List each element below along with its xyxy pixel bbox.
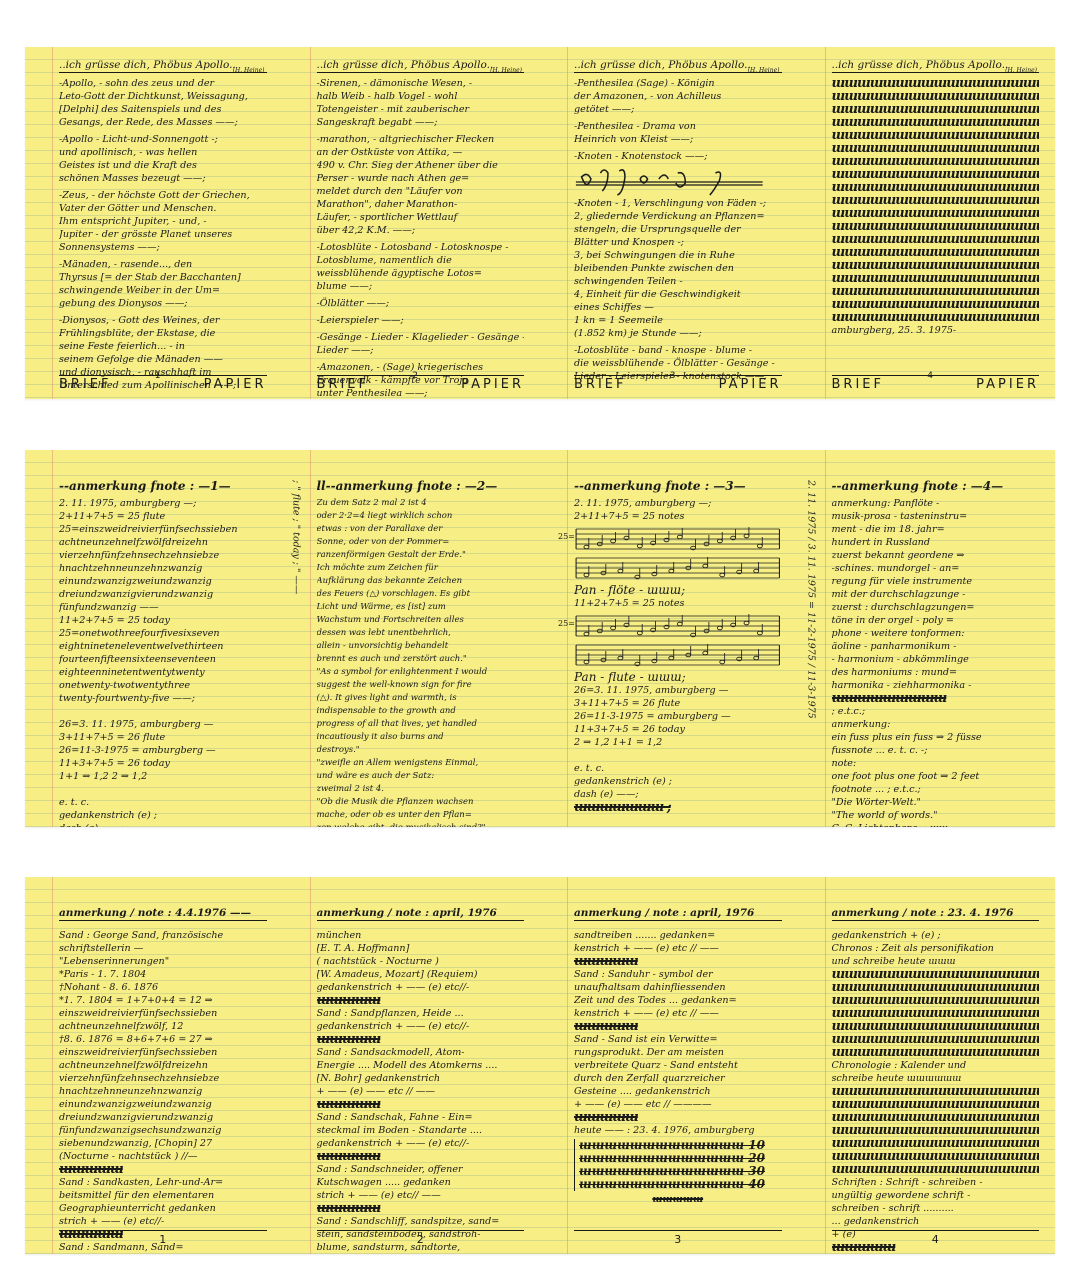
- handwritten-line: -Amazonen, - (Sage) kriegerisches: [317, 361, 525, 374]
- loop-row: ɯɯɯɯɯɯɯɯɯɯɯɯɯɯɯɯɯɯɯ: [832, 155, 1040, 168]
- handwritten-line: 26=3. 11. 1975, amburgberg —: [59, 718, 267, 731]
- handwritten-line: Läufer, - sportlicher Wettlauf: [317, 211, 525, 224]
- handwritten-line: 2. 11. 1975, amburgberg —;: [574, 497, 782, 510]
- entry: -marathon, - altgriechischer Fleckenan d…: [317, 133, 525, 237]
- handwritten-line: Sand : Sandschneider, offener: [317, 1163, 525, 1176]
- page-heading: --anmerkung fnote : —4—: [832, 480, 1040, 493]
- handwritten-line: stengeln, die Ursprungsquelle der: [574, 223, 782, 236]
- loop-row: ɯɯɯɯɯɯɯɯɯɯɯɯɯɯɯɯɯɯɯ: [832, 77, 1040, 90]
- loop-row: ɯɯɯɯɯɯɯɯɯɯɯɯɯɯɯɯɯ: [832, 1111, 1040, 1124]
- handwritten-line: note:: [832, 757, 1040, 770]
- music-staff-2: [574, 555, 782, 581]
- entry: -Penthesilea - Drama vonHeinrich von Kle…: [574, 120, 782, 146]
- handwritten-line: Geistes ist und die Kraft des: [59, 159, 267, 172]
- handwritten-line: Frühlingsblüte, der Ekstase, die: [59, 327, 267, 340]
- handwritten-line: -Lotosblüte - Lotosband - Lotosknospe -: [317, 241, 525, 254]
- handwritten-line: und wäre es auch der Satz:: [317, 770, 525, 783]
- brief-papier-footer: BRIEF 1 PAPIER: [59, 375, 267, 391]
- handwritten-line: Sand : Sandkasten, Lehr-und-Ar=: [59, 1176, 267, 1189]
- page-number-footer: 1: [59, 1230, 267, 1246]
- counted-loops-block: ɯɯɯɯɯɯɯɯɯɯɯɯɯ 10ɯɯɯɯɯɯɯɯɯɯɯɯɯ 20ɯɯɯɯɯɯɯɯ…: [574, 1139, 782, 1191]
- handwritten-line: schwingende Weiber in der Um=: [59, 284, 267, 297]
- handwritten-line: Marathon", daher Marathon-: [317, 198, 525, 211]
- staff-label: 25=: [558, 617, 575, 630]
- crossed-loops: ɯɯɯɯɯ: [574, 1193, 782, 1206]
- handwritten-line: 2. 11. 1975, amburgberg —;: [59, 497, 267, 510]
- heading-signature: (H. Heine): [748, 64, 780, 73]
- handwritten-line: der Amazonen, - von Achilleus: [574, 90, 782, 103]
- handwritten-line: "Ob die Musik die Pflanzen wachsen: [317, 796, 525, 809]
- handwritten-line: Ich möchte zum Zeichen für: [317, 562, 525, 575]
- loop-row: ɯɯɯɯɯɯɯɯɯɯɯɯɯɯɯɯɯ: [832, 968, 1040, 981]
- handwritten-line: dash (e) ——;: [59, 822, 267, 827]
- handwritten-line: schönen Masses bezeugt ——;: [59, 172, 267, 185]
- handwritten-line: dash (e) ——;: [574, 788, 782, 801]
- handwritten-line: zuerst : durchschlagzungen=: [832, 601, 1040, 614]
- handwritten-line: meldet durch den "Läufer von: [317, 185, 525, 198]
- brief-papier-footer: BRIEF 2 PAPIER: [317, 375, 525, 391]
- letter-page-2: ..ich grüsse dich, Phöbus Apollo.. (H. H…: [283, 47, 541, 399]
- handwritten-line: -Knoten - Knotenstock ——;: [574, 150, 782, 163]
- handwritten-line: "As a symbol for enlightenment I would: [317, 666, 525, 679]
- handwritten-line: 2 ⇒ 1,2 1+1 = 1,2: [574, 736, 782, 749]
- handwritten-line: Vater der Götter und Menschen.: [59, 202, 267, 215]
- handwritten-line: Sangeskraft begabt ——;: [317, 116, 525, 129]
- loop-row: ɯɯɯɯɯɯɯɯɯɯɯɯɯɯɯɯɯɯɯ: [832, 103, 1040, 116]
- handwritten-line: ɯɯɯɯɯ: [317, 1033, 525, 1046]
- handwritten-line: suggest the well-known sign for fire: [317, 679, 525, 692]
- brief-papier-footer: BRIEF 3 PAPIER: [574, 375, 782, 391]
- loop-row: ɯɯɯɯɯɯɯɯɯɯɯɯɯɯɯɯɯ: [832, 994, 1040, 1007]
- handwritten-line: halb Weib - halb Vogel - wohl: [317, 90, 525, 103]
- handwritten-line: ɯɯɯɯɯ: [574, 1020, 782, 1033]
- handwritten-line: + —— (e) —— etc // ——: [317, 1085, 525, 1098]
- loop-row: ɯɯɯɯɯɯɯɯɯɯɯɯɯɯɯɯɯɯɯ: [832, 298, 1040, 311]
- loop-row: ɯɯɯɯɯɯɯɯɯɯɯɯɯɯɯɯɯ: [832, 1124, 1040, 1137]
- handwritten-line: onetwenty-twotwentythree: [59, 679, 267, 692]
- loop-row: ɯɯɯɯɯɯɯɯɯɯɯɯɯɯɯɯɯ: [832, 1163, 1040, 1176]
- handwritten-line: einundzwanzigzweiundzwanzig: [59, 575, 267, 588]
- loop-row: ɯɯɯɯɯɯɯɯɯɯɯɯɯɯɯɯɯ: [832, 1020, 1040, 1033]
- note1976-page-2: anmerkung / note : april, 1976 münchen[E…: [283, 877, 541, 1254]
- handwritten-line: -Dionysos, - Gott des Weines, der: [59, 314, 267, 327]
- handwritten-line: ɯɯɯɯɯ: [59, 1163, 267, 1176]
- handwritten-line: -Leierspieler ——;: [317, 314, 525, 327]
- letter-strip-anmerkung-fnote: --anmerkung fnote : —1— 2. 11. 1975, amb…: [25, 450, 1055, 827]
- loop-writing-block: ɯɯɯɯɯɯɯɯɯɯɯɯɯɯɯɯɯɯɯɯɯɯɯɯɯɯɯɯɯɯɯɯɯɯɯɯɯɯɯɯ…: [832, 77, 1040, 324]
- handwritten-line: "Lebenserinnerungen": [59, 955, 267, 968]
- handwritten-line: destroys.": [317, 744, 525, 757]
- handwritten-line: Sand : Sandschak, Fahne - Ein=: [317, 1111, 525, 1124]
- handwritten-line: sandtreiben ....... gedanken=: [574, 929, 782, 942]
- handwritten-line: Zeit und des Todes ... gedanken=: [574, 994, 782, 1007]
- footer-left: BRIEF: [317, 378, 369, 391]
- handwritten-line: achtneunzehnelfzwölfdreizehn: [59, 536, 267, 549]
- handwritten-line: eightnineteneleventwelvethirteen: [59, 640, 267, 653]
- handwritten-line: einszweidreivierfünfsechssieben: [59, 1007, 267, 1020]
- handwritten-line: Totengeister - mit zauberischer: [317, 103, 525, 116]
- handwritten-line: seine Feste feierlich... - in: [59, 340, 267, 353]
- handwritten-line: Sand - Sand ist ein Verwitte=: [574, 1033, 782, 1046]
- handwritten-line: twenty-fourtwenty-five ——;: [59, 692, 267, 705]
- loop-row: ɯɯɯɯɯɯɯɯɯɯɯɯɯɯɯɯɯɯɯ: [832, 207, 1040, 220]
- handwritten-line: 11+2+7+5 = 25 today: [59, 614, 267, 627]
- line-list: sandtreiben ....... gedanken=kenstrich +…: [574, 929, 782, 1137]
- handwritten-line: 26=3. 11. 1975, amburgberg —: [574, 684, 782, 697]
- page-number: 4: [932, 1233, 939, 1246]
- handwritten-line: durch den Zerfall quarzreicher: [574, 1072, 782, 1085]
- handwritten-line: Blätter und Knospen -;: [574, 236, 782, 249]
- handwritten-line: einundzwanzigzweiundzwanzig: [59, 1098, 267, 1111]
- heading-text: ..ich grüsse dich, Phöbus Apollo..: [574, 59, 751, 71]
- handwritten-line: verbreitete Quarz - Sand entsteht: [574, 1059, 782, 1072]
- line-list: 26=3. 11. 1975, amburgberg —3+11+7+5 = 2…: [574, 684, 782, 814]
- page-number: 1: [155, 370, 161, 383]
- music-staff-3: 25=: [574, 613, 782, 639]
- handwritten-line: Zu dem Satz 2 mal 2 ist 4: [317, 497, 525, 510]
- handwritten-line: Sonnensystems ——;: [59, 241, 267, 254]
- handwritten-line: mit der durchschlagzunge -: [832, 588, 1040, 601]
- brief-papier-footer: BRIEF 4 PAPIER: [832, 375, 1040, 391]
- letter-strip-brief-papier: ..ich grüsse dich, Phöbus Apollo.. (H. H…: [25, 47, 1055, 399]
- page-number: 3: [670, 370, 676, 383]
- entry-list: -Sirenen, - dämonische Wesen, -halb Weib…: [317, 77, 525, 399]
- handwritten-line: dreiundzwanzigvierundzwanzig: [59, 1111, 267, 1124]
- letter-page-3: ..ich grüsse dich, Phöbus Apollo.. (H. H…: [540, 47, 798, 399]
- handwritten-line: schreiben - schrift ..........: [832, 1202, 1040, 1215]
- handwritten-line: [Delphi] des Saitenspiels und des: [59, 103, 267, 116]
- handwritten-line: e. t. c.: [574, 762, 782, 775]
- handwritten-line: [E. T. A. Hoffmann]: [317, 942, 525, 955]
- handwritten-line: progress of all that lives, yet handled: [317, 718, 525, 731]
- note-page-2: ; " flute ; " today ; " —— ll--anmerkung…: [283, 450, 541, 827]
- entry: -Knoten - Knotenstock ——;: [574, 150, 782, 163]
- entry-list: -Penthesilea (Sage) - Königinder Amazone…: [574, 77, 782, 163]
- handwritten-line: und schreibe heute ɯɯɯ: [832, 955, 1040, 968]
- music-staff-1: 25=: [574, 526, 782, 552]
- entry: -Lotosblüte - Lotosband - Lotosknospe -L…: [317, 241, 525, 293]
- handwritten-line: Heinrich von Kleist ——;: [574, 133, 782, 146]
- page-heading: anmerkung / note : 4.4.1976 ——: [59, 907, 267, 921]
- staff-label: 25=: [558, 530, 575, 543]
- entry-list: -Knoten - 1, Verschlingung von Fäden -;2…: [574, 197, 782, 383]
- handwritten-line: hnachtzehnneunzehnzwanzig: [59, 562, 267, 575]
- handwritten-line: gedankenstrich (e) ;: [574, 775, 782, 788]
- page-heading: --anmerkung fnote : —3—: [574, 480, 782, 493]
- handwritten-line: kenstrich + —— (e) etc // ——: [574, 942, 782, 955]
- handwritten-line: heute —— : 23. 4. 1976, amburgberg: [574, 1124, 782, 1137]
- handwritten-line: bleibenden Punkte zwischen den: [574, 262, 782, 275]
- handwritten-line: 4, Einheit für die Geschwindigkeit: [574, 288, 782, 301]
- handwritten-line: Wachstum und Fortschreiten alles: [317, 614, 525, 627]
- handwritten-line: Aufklärung das bekannte Zeichen: [317, 575, 525, 588]
- loop-row: ɯɯɯɯɯɯɯɯɯɯɯɯɯɯɯɯɯɯɯ: [832, 285, 1040, 298]
- handwritten-line: mache, oder ob es unter den Pflan=: [317, 809, 525, 822]
- handwritten-line: seinem Gefolge die Mänaden ——: [59, 353, 267, 366]
- handwritten-line: rungsprodukt. Der am meisten: [574, 1046, 782, 1059]
- handwritten-line: brennt es auch und zerstört auch.": [317, 653, 525, 666]
- handwritten-line: footnote ... ; e.t.c.;: [832, 783, 1040, 796]
- handwritten-line: Ihm entspricht Jupiter, - und, -: [59, 215, 267, 228]
- handwritten-line: ɯɯɯɯɯ: [574, 1111, 782, 1124]
- handwritten-line: Sand : Sandschliff, sandspitze, sand=: [317, 1215, 525, 1228]
- handwritten-line: Leto-Gott der Dichtkunst, Weissagung,: [59, 90, 267, 103]
- handwritten-line: ɯɯɯɯɯ: [317, 1202, 525, 1215]
- knot-symbols-icon: [574, 167, 782, 197]
- line-list: 2. 11. 1975, amburgberg —;2+11+7+5 = 25 …: [574, 497, 782, 523]
- handwritten-line: -Lotosblüte - band - knospe - blume -: [574, 344, 782, 357]
- loop-row: ɯɯɯɯɯɯɯɯɯɯɯɯɯɯɯɯɯɯɯ: [832, 181, 1040, 194]
- line-list: Zu dem Satz 2 mal 2 ist 4oder 2·2=4 lieg…: [317, 497, 525, 827]
- entry: -Mänaden, - rasende..., denThyrsus [= de…: [59, 258, 267, 310]
- handwritten-line: Sand : Sanduhr - symbol der: [574, 968, 782, 981]
- music-staff-icon: [574, 526, 782, 552]
- handwritten-line: -Knoten - 1, Verschlingung von Fäden -;: [574, 197, 782, 210]
- handwritten-line: 26=11-3-1975 = amburgberg —: [574, 710, 782, 723]
- handwritten-line: phone - weitere tonformen:: [832, 627, 1040, 640]
- letter-page-4: ..ich grüsse dich, Phöbus Apollo.. (H. H…: [798, 47, 1056, 399]
- handwritten-line: Energie .... Modell des Atomkerns ....: [317, 1059, 525, 1072]
- letter-page-1: ..ich grüsse dich, Phöbus Apollo.. (H. H…: [25, 47, 283, 399]
- entry: -Apollo - Licht-und-Sonnengott -;und apo…: [59, 133, 267, 185]
- handwritten-line: Gesangs, der Rede, des Masses ——;: [59, 116, 267, 129]
- handwritten-line: -Ölblätter ——;: [317, 297, 525, 310]
- handwritten-line: zuerst bekannt geordene ⇒: [832, 549, 1040, 562]
- entry: -Gesänge - Lieder - Klagelieder - Gesäng…: [317, 331, 525, 357]
- page-number: 1: [159, 1233, 166, 1246]
- handwritten-line: steckmal im Boden - Standarte ....: [317, 1124, 525, 1137]
- handwritten-line: über 42,2 K.M. ——;: [317, 224, 525, 237]
- handwritten-line: schriftstellerin —: [59, 942, 267, 955]
- entry: -Knoten - 1, Verschlingung von Fäden -;2…: [574, 197, 782, 340]
- handwritten-line: dessen was lebt unentbehrlich,: [317, 627, 525, 640]
- handwritten-line: münchen: [317, 929, 525, 942]
- entry-list: -Apollo, - sohn des zeus und derLeto-Got…: [59, 77, 267, 392]
- loop-writing-block: ɯɯɯɯɯɯɯɯɯɯɯɯɯɯɯɯɯɯɯɯɯɯɯɯɯɯɯɯɯɯɯɯɯɯɯɯɯɯɯɯ…: [832, 1085, 1040, 1176]
- handwritten-line: kenstrich + —— (e) etc // ——: [574, 1007, 782, 1020]
- page-heading: ..ich grüsse dich, Phöbus Apollo.. (H. H…: [59, 59, 267, 73]
- handwritten-line: ranzenförmigen Gestalt der Erde.": [317, 549, 525, 562]
- handwritten-line: gedankenstrich + —— (e) etc//-: [317, 981, 525, 994]
- handwritten-line: ɯɯɯɯɯɯɯɯɯɯɯɯɯ 20: [579, 1152, 782, 1165]
- loop-row: ɯɯɯɯɯɯɯɯɯɯɯɯɯɯɯɯɯɯɯ: [832, 129, 1040, 142]
- handwritten-line: allein - unvorsichtig behandelt: [317, 640, 525, 653]
- loop-row: ɯɯɯɯɯɯɯɯɯɯɯɯɯɯɯɯɯɯɯ: [832, 116, 1040, 129]
- music-staff-icon: [574, 613, 782, 639]
- loop-row: ɯɯɯɯɯɯɯɯɯɯɯɯɯɯɯɯɯɯɯ: [832, 259, 1040, 272]
- page-heading: --anmerkung fnote : —1—: [59, 480, 267, 493]
- handwritten-line: ɯɯɯɯɯ: [574, 955, 782, 968]
- handwritten-line: anmerkung: Panflöte -: [832, 497, 1040, 510]
- handwritten-line: und apollinisch, - was hellen: [59, 146, 267, 159]
- handwritten-line: 11+3+7+5 = 26 today: [59, 757, 267, 770]
- page-heading: ..ich grüsse dich, Phöbus Apollo.. (H. H…: [832, 59, 1040, 73]
- handwritten-line: ɯɯɯɯɯɯɯɯɯɯɯɯɯ 40: [579, 1178, 782, 1191]
- handwritten-line: †8. 6. 1876 = 8+6+7+6 = 27 ⇒: [59, 1033, 267, 1046]
- handwritten-line: Sand : Sandpflanzen, Heide ...: [317, 1007, 525, 1020]
- handwritten-line: + —— (e) —— etc // ————: [574, 1098, 782, 1111]
- page-number: 3: [674, 1233, 681, 1246]
- page-number: 4: [927, 370, 933, 383]
- handwritten-line: fünfundzwanzigsechsundzwanzig: [59, 1124, 267, 1137]
- footer-left: BRIEF: [574, 378, 626, 391]
- loop-row: ɯɯɯɯɯɯɯɯɯɯɯɯɯɯɯɯɯɯɯ: [832, 233, 1040, 246]
- handwritten-line: 25=einszweidreivierfünfsechssieben: [59, 523, 267, 536]
- handwritten-line: ment - die im 18. jahr=: [832, 523, 1040, 536]
- handwritten-line: 1+1 ⇒ 1,2 2 ⇒ 1,2: [59, 770, 267, 783]
- handwritten-line: ; e.t.c.;: [832, 705, 1040, 718]
- loop-row: ɯɯɯɯɯɯɯɯɯɯɯɯɯɯɯɯɯ: [832, 1046, 1040, 1059]
- handwritten-line: ɯɯɯɯɯɯɯɯɯ: [832, 692, 1040, 705]
- handwritten-line: ɯɯɯɯɯɯɯ ;: [574, 801, 782, 814]
- handwritten-line: -Mänaden, - rasende..., den: [59, 258, 267, 271]
- loop-row: ɯɯɯɯɯɯɯɯɯɯɯɯɯɯɯɯɯɯɯ: [832, 246, 1040, 259]
- handwritten-line: gebung des Dionysos ——;: [59, 297, 267, 310]
- handwritten-line: Gesteine .... gedankenstrich: [574, 1085, 782, 1098]
- handwritten-line: einszweidreivierfünfsechssieben: [59, 1046, 267, 1059]
- note1976-page-4: anmerkung / note : 23. 4. 1976 gedankens…: [798, 877, 1056, 1254]
- handwritten-line: fussnote ... e. t. c. -;: [832, 744, 1040, 757]
- page-number-footer: 4: [832, 1230, 1040, 1246]
- handwritten-line: ɯɯɯɯɯ: [317, 1098, 525, 1111]
- loop-row: ɯɯɯɯɯɯɯɯɯɯɯɯɯɯɯɯɯ: [832, 1007, 1040, 1020]
- handwritten-line: 3+11+7+5 = 26 flute: [59, 731, 267, 744]
- handwritten-line: ein fuss plus ein fuss ⇒ 2 füsse: [832, 731, 1040, 744]
- handwritten-line: -marathon, - altgriechischer Flecken: [317, 133, 525, 146]
- handwritten-line: 2, gliedernde Verdickung an Pflanzen=: [574, 210, 782, 223]
- handwritten-line: gedankenstrich + (e) ;: [832, 929, 1040, 942]
- handwritten-line: fünfundzwanzig ——: [59, 601, 267, 614]
- handwritten-line: (1.852 km) je Stunde ——;: [574, 327, 782, 340]
- loop-row: ɯɯɯɯɯɯɯɯɯɯɯɯɯɯɯɯɯɯɯ: [832, 311, 1040, 324]
- line-list: münchen[E. T. A. Hoffmann]( nachtstück -…: [317, 929, 525, 1254]
- handwritten-line: ungültig gewordene schrift -: [832, 1189, 1040, 1202]
- handwritten-line: vierzehnfünfzehnsechzehnsiebze: [59, 1072, 267, 1085]
- handwritten-line: regung für viele instrumente: [832, 575, 1040, 588]
- handwritten-line: -Gesänge - Lieder - Klagelieder - Gesäng…: [317, 331, 525, 344]
- handwritten-line: "zweifle an Allem wenigstens Einmal,: [317, 757, 525, 770]
- loop-row: ɯɯɯɯɯɯɯɯɯɯɯɯɯɯɯɯɯɯɯ: [832, 142, 1040, 155]
- entry: -Zeus, - der höchste Gott der Griechen,V…: [59, 189, 267, 254]
- handwritten-line: Sand : Sandsackmodell, Atom-: [317, 1046, 525, 1059]
- handwritten-line: ... gedankenstrich: [832, 1215, 1040, 1228]
- handwritten-line: siebenundzwanzig, [Chopin] 27: [59, 1137, 267, 1150]
- handwritten-line: -Apollo - Licht-und-Sonnengott -;: [59, 133, 267, 146]
- letter-strip-anmerkung-note: anmerkung / note : 4.4.1976 —— Sand : Ge…: [25, 877, 1055, 1254]
- handwritten-line: *1. 7. 1804 = 1+7+0+4 = 12 ⇒: [59, 994, 267, 1007]
- handwritten-line: 1 kn = 1 Seemeile: [574, 314, 782, 327]
- line-list: 11+2+7+5 = 25 notes: [574, 597, 782, 610]
- entry: -Ölblätter ——;: [317, 297, 525, 310]
- handwritten-line: eines Schiffes —: [574, 301, 782, 314]
- loop-row: ɯɯɯɯɯɯɯɯɯɯɯɯɯɯɯɯɯɯɯ: [832, 194, 1040, 207]
- handwritten-line: ɯɯɯɯɯ: [317, 994, 525, 1007]
- handwritten-line: achtneunzehnelfzwölf, 12: [59, 1020, 267, 1033]
- handwritten-line: ɯɯɯɯɯɯɯɯɯɯɯɯɯ 30: [579, 1165, 782, 1178]
- handwritten-line: zweimal 2 ist 4.: [317, 783, 525, 796]
- music-staff-4: [574, 642, 782, 668]
- handwritten-line: (△). It gives light and warmth, is: [317, 692, 525, 705]
- handwritten-line: "The world of words.": [832, 809, 1040, 822]
- handwritten-line: Sonne, oder von der Pommer=: [317, 536, 525, 549]
- handwritten-line: des Feuers (△) vorschlagen. Es gibt: [317, 588, 525, 601]
- loop-row: ɯɯɯɯɯɯɯɯɯɯɯɯɯɯɯɯɯɯɯ: [832, 220, 1040, 233]
- handwritten-line: *Paris - 1. 7. 1804: [59, 968, 267, 981]
- footer-left: BRIEF: [832, 378, 884, 391]
- handwritten-line: äoline - panharmonikum -: [832, 640, 1040, 653]
- handwritten-line: oder 2·2=4 liegt wirklich schon: [317, 510, 525, 523]
- handwritten-line: [574, 749, 782, 762]
- handwritten-line: Chronos : Zeit als personifikation: [832, 942, 1040, 955]
- entry: -Sirenen, - dämonische Wesen, -halb Weib…: [317, 77, 525, 129]
- music-staff-icon: [574, 642, 782, 668]
- note-page-3: --anmerkung fnote : —3— 2. 11. 1975, amb…: [540, 450, 798, 827]
- page-heading: ..ich grüsse dich, Phöbus Apollo.. (H. H…: [317, 59, 525, 73]
- handwritten-line: 11+3+7+5 = 26 today: [574, 723, 782, 736]
- heading-text: ..ich grüsse dich, Phöbus Apollo..: [317, 59, 494, 71]
- heading-signature: (H. Heine): [1005, 64, 1037, 73]
- margin-vertical-note: 2. 11. 1975 / 3. 11. 1975 = 11-2-1975 / …: [804, 480, 818, 800]
- handwritten-line: 2+11+7+5 = 25 notes: [574, 510, 782, 523]
- handwritten-line: schreibe heute ɯɯɯɯɯɯ: [832, 1072, 1040, 1085]
- loop-writing-block: ɯɯɯɯɯɯɯɯɯɯɯɯɯɯɯɯɯɯɯɯɯɯɯɯɯɯɯɯɯɯɯɯɯɯɯɯɯɯɯɯ…: [832, 968, 1040, 1059]
- footer-right: PAPIER: [461, 378, 524, 391]
- loop-row: ɯɯɯɯɯɯɯɯɯɯɯɯɯɯɯɯɯ: [832, 981, 1040, 994]
- note1976-page-1: anmerkung / note : 4.4.1976 —— Sand : Ge…: [25, 877, 283, 1254]
- music-staff-icon: [574, 555, 782, 581]
- place-date: amburgberg, 25. 3. 1975-: [832, 324, 1040, 337]
- footer-right: PAPIER: [976, 378, 1039, 391]
- handwritten-line: ɯɯɯɯɯɯɯɯɯɯɯɯɯ 10: [579, 1139, 782, 1152]
- handwritten-line: gedankenstrich + —— (e) etc//-: [317, 1020, 525, 1033]
- handwritten-line: Chronologie : Kalender und: [832, 1059, 1040, 1072]
- handwritten-line: -schines. mundorgel - an=: [832, 562, 1040, 575]
- handwritten-line: †Nohant - 8. 6. 1876: [59, 981, 267, 994]
- handwritten-line: 26=11-3-1975 = amburgberg —: [59, 744, 267, 757]
- entry: -Leierspieler ——;: [317, 314, 525, 327]
- page-heading: anmerkung / note : april, 1976: [574, 907, 782, 921]
- loop-row: ɯɯɯɯɯɯɯɯɯɯɯɯɯɯɯɯɯ: [832, 1033, 1040, 1046]
- note1976-page-3: anmerkung / note : april, 1976 sandtreib…: [540, 877, 798, 1254]
- handwritten-line: [59, 783, 267, 796]
- handwritten-line: -Apollo, - sohn des zeus und der: [59, 77, 267, 90]
- handwritten-line: incautiously it also burns and: [317, 731, 525, 744]
- handwritten-line: one foot plus one foot ⇒ 2 feet: [832, 770, 1040, 783]
- handwritten-line: Licht und Wärme, es [ist] zum: [317, 601, 525, 614]
- page-heading: ll--anmerkung fnote : —2—: [317, 480, 525, 493]
- loop-row: ɯɯɯɯɯɯɯɯɯɯɯɯɯɯɯɯɯɯɯ: [832, 168, 1040, 181]
- handwritten-line: "Die Wörter-Welt.": [832, 796, 1040, 809]
- handwritten-line: anmerkung:: [832, 718, 1040, 731]
- heading-signature: (H. Heine): [490, 64, 522, 73]
- handwritten-line: Thyrsus [= der Stab der Bacchanten]: [59, 271, 267, 284]
- handwritten-line: - harmonium - abkömmlinge: [832, 653, 1040, 666]
- heading-text: ..ich grüsse dich, Phöbus Apollo..: [59, 59, 236, 71]
- loop-row: ɯɯɯɯɯɯɯɯɯɯɯɯɯɯɯɯɯ: [832, 1085, 1040, 1098]
- handwritten-line: an der Ostküste von Attika, —: [317, 146, 525, 159]
- handwritten-line: e. t. c.: [59, 796, 267, 809]
- handwritten-line: Schriften : Schrift - schreiben -: [832, 1176, 1040, 1189]
- handwritten-line: Jupiter - der grösste Planet unseres: [59, 228, 267, 241]
- handwritten-line: beitsmittel für den elementaren: [59, 1189, 267, 1202]
- page-number-footer: 3: [574, 1230, 782, 1246]
- line-list: 2. 11. 1975, amburgberg —;2+11+7+5 = 25 …: [59, 497, 267, 827]
- heading-text: ..ich grüsse dich, Phöbus Apollo..: [832, 59, 1009, 71]
- loop-row: ɯɯɯɯɯɯɯɯɯɯɯɯɯɯɯɯɯ: [832, 1150, 1040, 1163]
- handwritten-line: G. C. Lichtenberg -; ɯɯ: [832, 822, 1040, 827]
- handwritten-line: gedankenstrich (e) ;: [59, 809, 267, 822]
- handwritten-line: etwas : von der Parallaxe der: [317, 523, 525, 536]
